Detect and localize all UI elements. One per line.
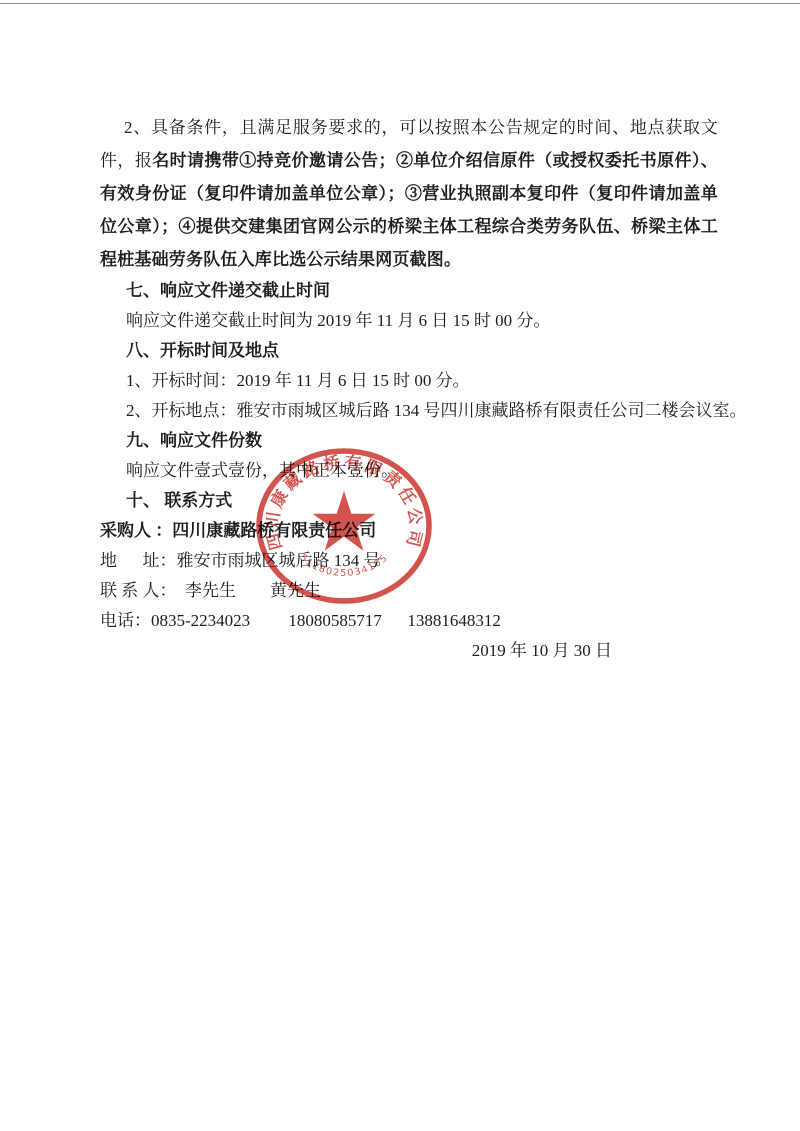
section-8-heading: 八、开标时间及地点 (100, 336, 718, 366)
address-line: 地 址：雅安市雨城区城后路 134 号 (100, 546, 718, 576)
announcement-date: 2019 年 10 月 30 日 (100, 636, 718, 666)
document-body: 2、具备条件，且满足服务要求的，可以按照本公告规定的时间、地点获取文件，报名时请… (100, 111, 718, 666)
response-deadline-line: 响应文件递交截止时间为 2019 年 11 月 6 日 15 时 00 分。 (100, 306, 718, 336)
section-9-heading: 九、响应文件份数 (100, 426, 718, 456)
conditions-paragraph-bold-text: 名时请携带①持竞价邀请公告；②单位介绍信原件（或授权委托书原件）、有效身份证（复… (100, 151, 718, 269)
purchaser-line: 采购人 ：四川康藏路桥有限责任公司 (100, 516, 718, 546)
bid-opening-location-line: 2、开标地点：雅安市雨城区城后路 134 号四川康藏路桥有限责任公司二楼会议室。 (100, 396, 718, 426)
contact-persons-line: 联 系 人： 李先生 黄先生 (100, 576, 718, 606)
conditions-paragraph: 2、具备条件，且满足服务要求的，可以按照本公告规定的时间、地点获取文件，报名时请… (100, 111, 718, 276)
section-7-heading: 七、响应文件递交截止时间 (100, 276, 718, 306)
bid-opening-time-line: 1、开标时间：2019 年 11 月 6 日 15 时 00 分。 (100, 366, 718, 396)
section-10-heading: 十、 联系方式 (100, 486, 718, 516)
document-copies-line: 响应文件壹式壹份，其中正本壹份。 (100, 456, 718, 486)
phone-numbers-line: 电话：0835-2234023 18080585717 13881648312 (100, 606, 718, 636)
page-top-edge-divider (0, 3, 800, 4)
